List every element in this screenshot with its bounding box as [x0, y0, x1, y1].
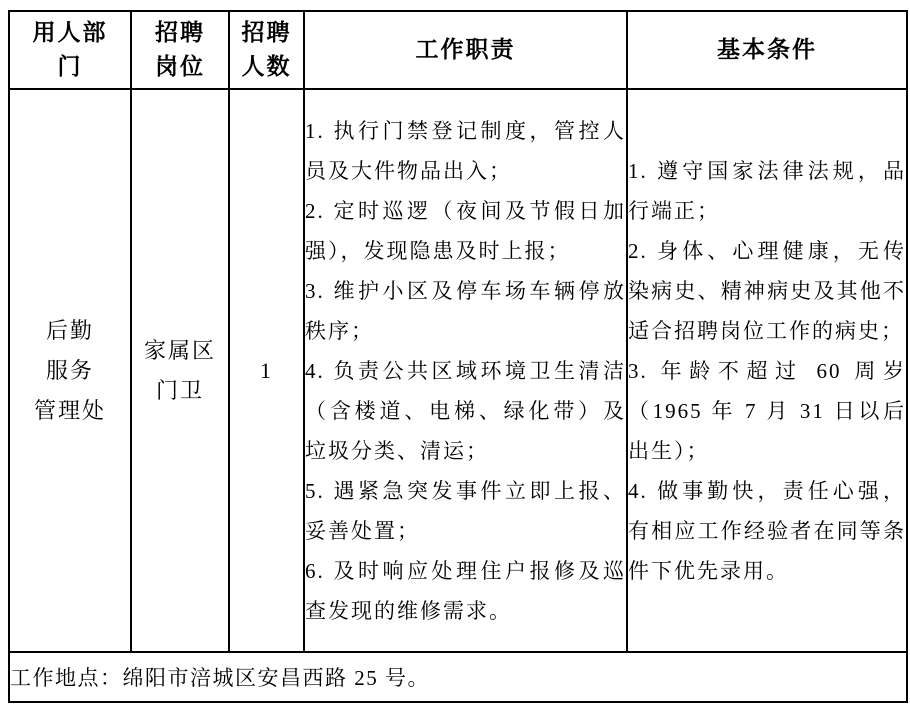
header-cell-conditions: 基本条件 — [627, 11, 907, 89]
duty-item: 3. 维护小区及停车场车辆停放秩序； — [305, 271, 626, 351]
header-cell-duties: 工作职责 — [304, 11, 627, 89]
duty-item: 2. 定时巡逻（夜间及节假日加强），发现隐患及时上报； — [305, 191, 626, 271]
duty-item: 4. 负责公共区域环境卫生清洁（含楼道、电梯、绿化带）及垃圾分类、清运； — [305, 351, 626, 471]
header-cell-position: 招聘 岗位 — [131, 11, 229, 89]
duty-item: 1. 执行门禁登记制度，管控人员及大件物品出入； — [305, 111, 626, 191]
duty-item: 5. 遇紧急突发事件立即上报、妥善处置； — [305, 471, 626, 551]
footer-row: 工作地点：绵阳市涪城区安昌西路 25 号。 — [9, 652, 907, 702]
cell-department: 后勤 服务 管理处 — [9, 89, 131, 652]
header-row: 用人部 门 招聘 岗位 招聘 人数 工作职责 基本条件 — [9, 11, 907, 89]
cell-conditions: 1. 遵守国家法律法规，品行端正； 2. 身体、心理健康，无传染病史、精神病史及… — [627, 89, 907, 652]
duty-item: 6. 及时响应处理住户报修及巡查发现的维修需求。 — [305, 551, 626, 631]
cell-position: 家属区 门卫 — [131, 89, 229, 652]
condition-item: 3. 年龄不超过 60 周岁（1965 年 7 月 31 日以后出生）； — [628, 351, 906, 471]
header-cell-department: 用人部 门 — [9, 11, 131, 89]
condition-item: 1. 遵守国家法律法规，品行端正； — [628, 151, 906, 231]
recruitment-table: 用人部 门 招聘 岗位 招聘 人数 工作职责 基本条件 后勤 服务 管理处 家属… — [8, 10, 908, 703]
condition-item: 4. 做事勤快，责任心强，有相应工作经验者在同等条件下优先录用。 — [628, 471, 906, 591]
header-cell-headcount: 招聘 人数 — [229, 11, 304, 89]
cell-headcount: 1 — [229, 89, 304, 652]
table-row: 后勤 服务 管理处 家属区 门卫 1 1. 执行门禁登记制度，管控人员及大件物品… — [9, 89, 907, 652]
condition-item: 2. 身体、心理健康，无传染病史、精神病史及其他不适合招聘岗位工作的病史； — [628, 231, 906, 351]
work-location-note: 工作地点：绵阳市涪城区安昌西路 25 号。 — [9, 652, 907, 702]
cell-duties: 1. 执行门禁登记制度，管控人员及大件物品出入； 2. 定时巡逻（夜间及节假日加… — [304, 89, 627, 652]
